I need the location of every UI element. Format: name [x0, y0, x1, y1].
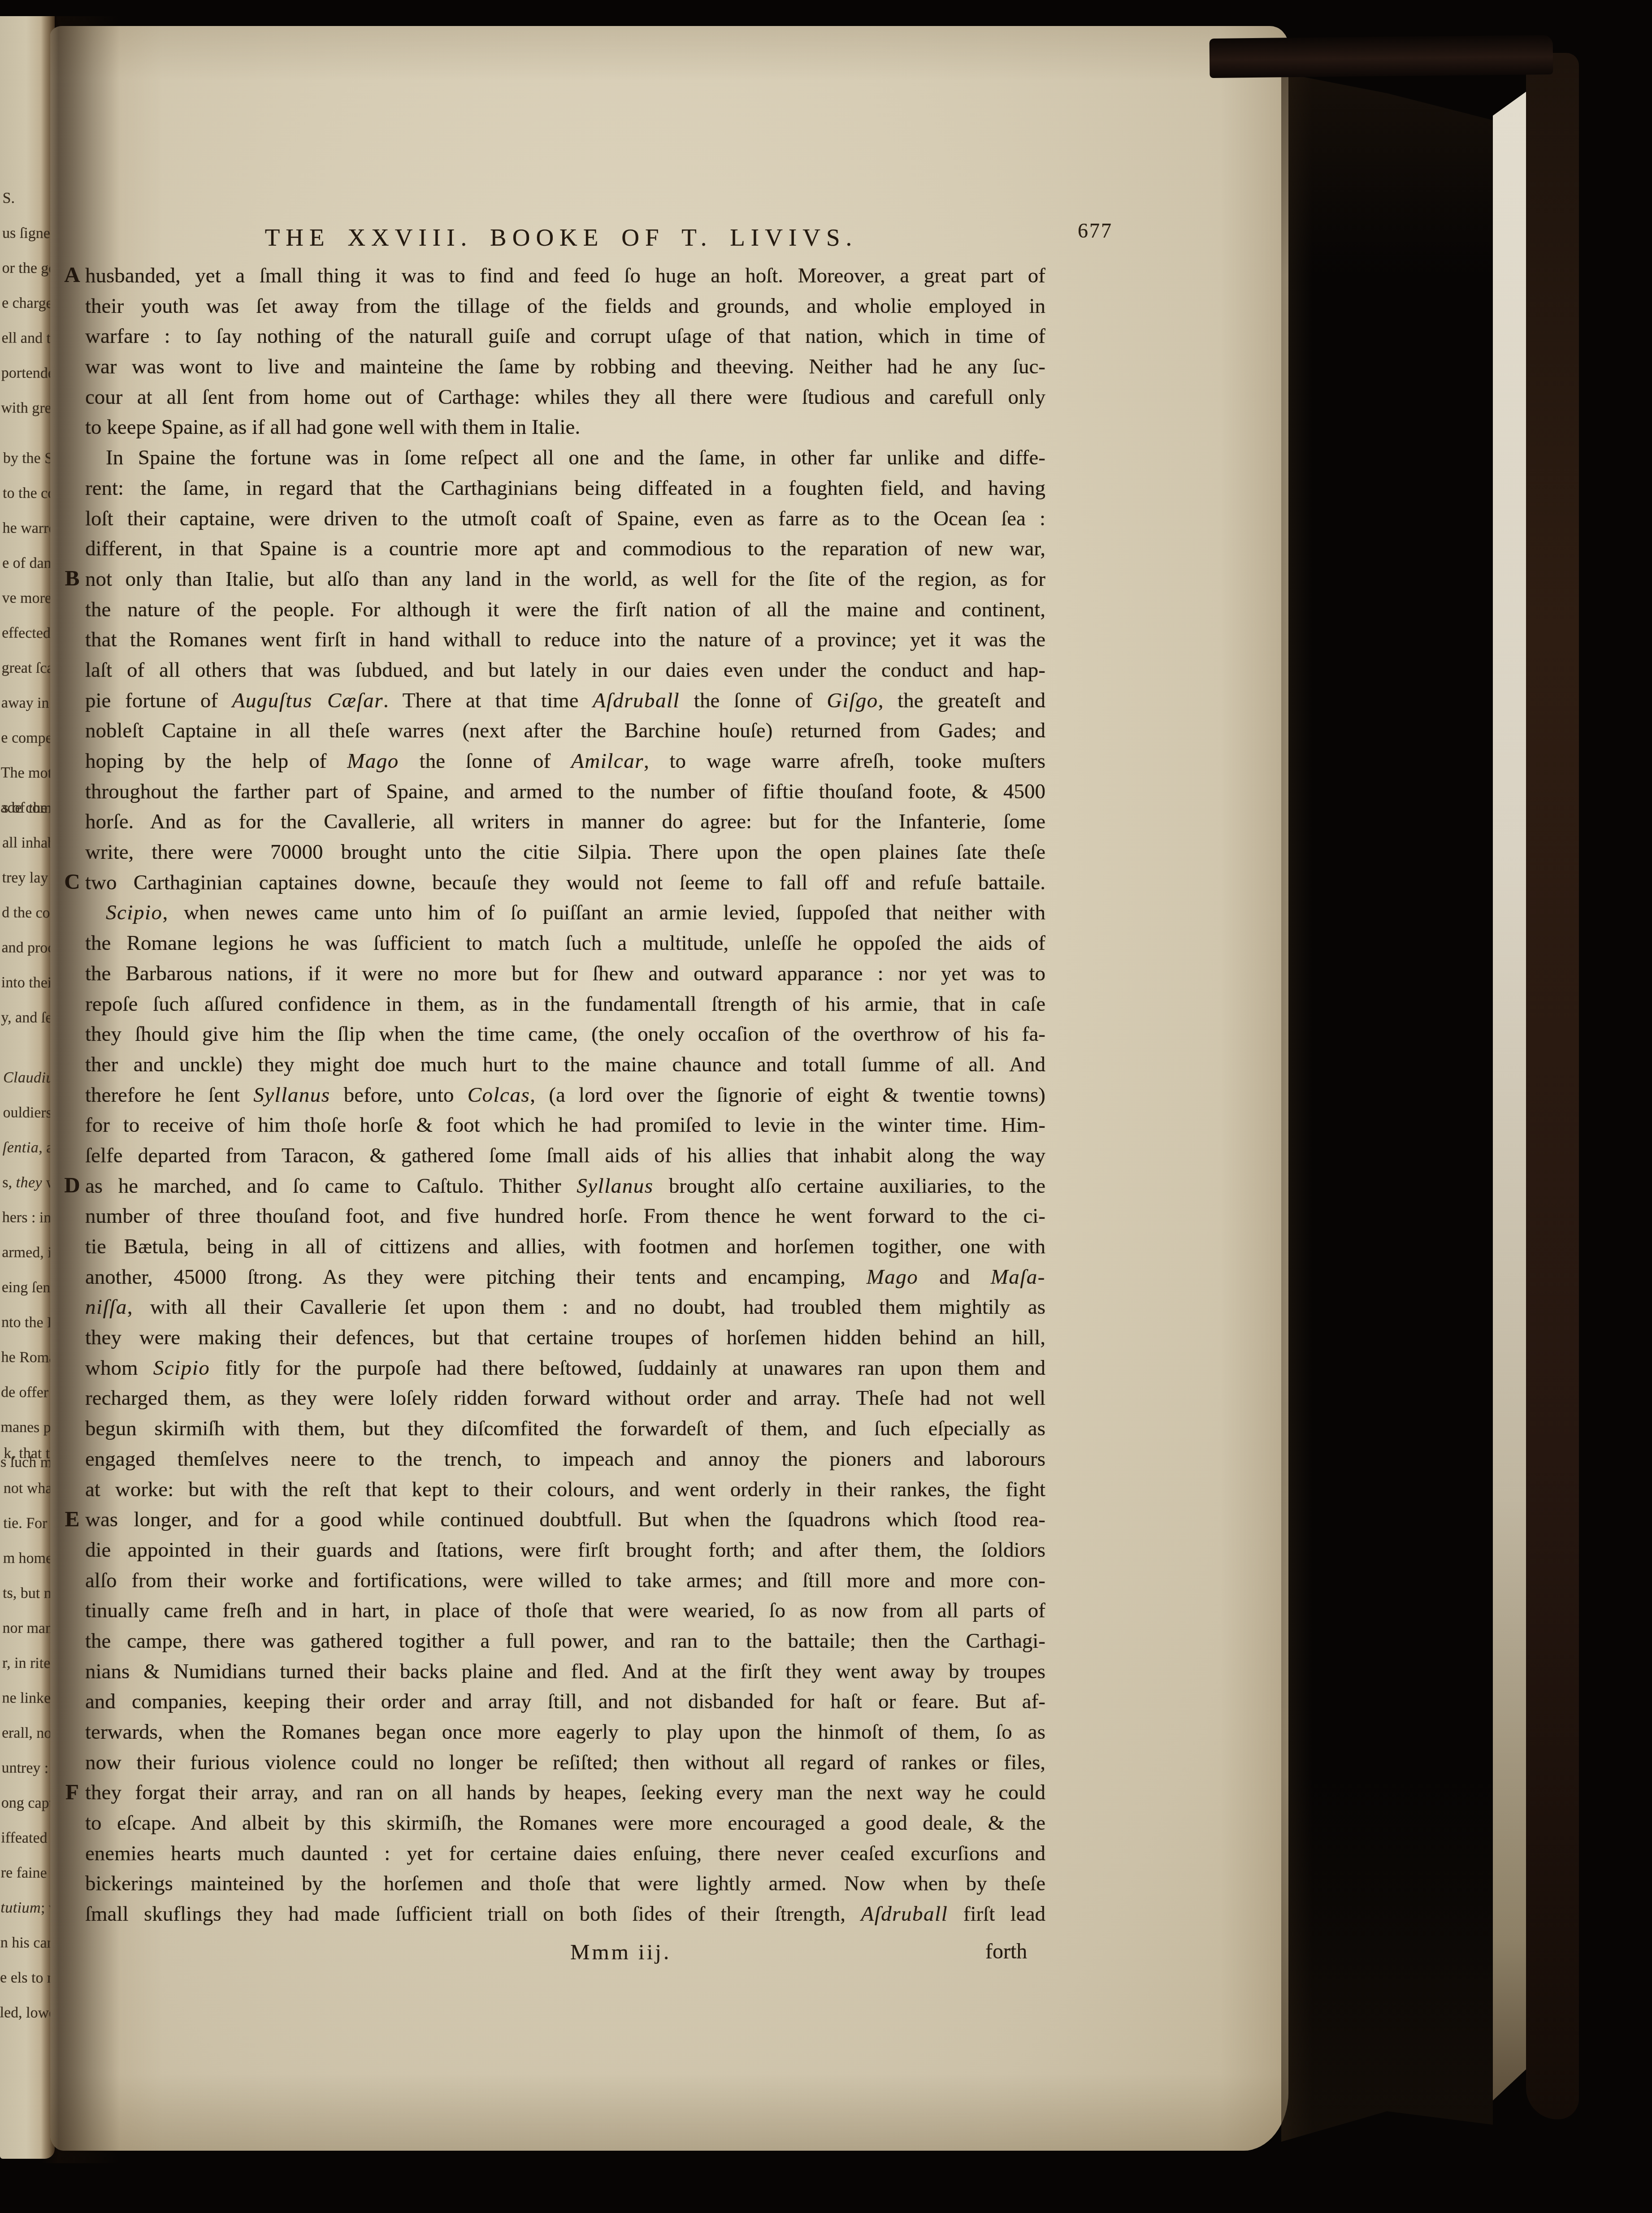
- text-line: their youth was ſet away from the tillag…: [85, 291, 1045, 322]
- text-line: the Barbarous nations, if it were no mor…: [85, 959, 1045, 989]
- text-line: throughout the farther part of Spaine, a…: [85, 777, 1045, 807]
- facing-page-fragment: armed, in: [2, 1235, 55, 1270]
- text-line: the nature of the people. For although i…: [85, 595, 1045, 625]
- facing-page-fragment: by the Senat: [3, 441, 55, 476]
- page-content: THE XXVIII. BOOKE OF T. LIVIVS. 677 husb…: [50, 26, 1288, 2151]
- text-line: ſmall skuflings they had made ſufficient…: [85, 1899, 1045, 1930]
- text-line: tie Bætula, being in all of cittizens an…: [85, 1232, 1045, 1262]
- facing-page-fragment: e compelled: [1, 720, 55, 756]
- text-line: In Spaine the fortune was in ſome reſpec…: [85, 443, 1045, 473]
- book-page: THE XXVIII. BOOKE OF T. LIVIVS. 677 husb…: [50, 26, 1288, 2151]
- facing-page-fragments-1: S.us ſignes, eitheror the going oe charg…: [1, 181, 55, 426]
- text-line: two Carthaginian captaines downe, becauſ…: [85, 868, 1045, 898]
- facing-page-fragment: and procla: [1, 930, 55, 966]
- facing-page-fragment: ne linke &: [2, 1680, 55, 1716]
- text-line: enemies hearts much daunted : yet for ce…: [85, 1839, 1045, 1869]
- text-line: another, 45000 ſtrong. As they were pitc…: [85, 1262, 1045, 1293]
- text-line: different, in that Spaine is a countrie …: [85, 534, 1045, 564]
- text-line: was longer, and for a good while continu…: [85, 1505, 1045, 1535]
- text-line: that the Romanes went firſt in hand with…: [85, 625, 1045, 655]
- facing-page-sliver: S.us ſignes, eitheror the going oe charg…: [0, 16, 55, 2159]
- book-fore-edge: [1281, 67, 1493, 2149]
- facing-page-fragment: or the going o: [2, 251, 55, 286]
- text-line: recharged them, as they were loſely ridd…: [85, 1383, 1045, 1414]
- text-line: alſo from their worke and fortifications…: [85, 1566, 1045, 1596]
- text-line: write, there were 70000 brought unto the…: [85, 837, 1045, 868]
- facing-page-fragment: eing ſent b: [1, 1270, 55, 1305]
- facing-page-fragment: de offer of: [1, 1375, 55, 1410]
- facing-page-fragment: untrey : for: [1, 1750, 55, 1786]
- facing-page-fragment: all inhabitan: [2, 825, 55, 861]
- text-line: laſt of all others that was ſubdued, and…: [85, 655, 1045, 686]
- facing-page-fragment: into their co: [1, 965, 55, 1000]
- text-line: rent: the ſame, in regard that the Carth…: [85, 473, 1045, 504]
- facing-page-fragment: trey lay waſt: [2, 860, 55, 896]
- text-line: terwards, when the Romanes began once mo…: [85, 1717, 1045, 1748]
- facing-page-fragment: nto the Lu: [1, 1305, 55, 1340]
- text-line: bickerings mainteined by the horſemen an…: [85, 1869, 1045, 1899]
- facing-page-fragment: ong captain: [1, 1785, 55, 1821]
- text-line: warfare : to ſay nothing of the naturall…: [85, 321, 1045, 352]
- text-line: to keepe Spaine, as if all had gone well…: [85, 412, 1045, 443]
- text-line: loſt their captaine, were driven to the …: [85, 504, 1045, 534]
- running-header: THE XXVIII. BOOKE OF T. LIVIVS.: [203, 223, 920, 251]
- facing-page-fragment: to the countr: [3, 476, 55, 511]
- facing-page-fragment: m home, in: [3, 1541, 55, 1576]
- facing-page-fragment: y, and ſet fo: [1, 1000, 55, 1035]
- facing-page-fragment: re faine to: [1, 1855, 55, 1891]
- facing-page-fragment: ve more car: [2, 580, 55, 616]
- text-line: hoping by the help of Mago the ſonne of …: [85, 746, 1045, 777]
- text-line: horſe. And as for the Cavallerie, all wr…: [85, 807, 1045, 837]
- facing-page-fragment: e of danger: [2, 546, 55, 581]
- margin-letter-d: D: [58, 1172, 86, 1198]
- margin-letter-b: B: [58, 565, 86, 591]
- text-line: they forgat their array, and ran on all …: [85, 1778, 1045, 1808]
- text-line: now their furious violence could no long…: [85, 1748, 1045, 1778]
- facing-page-fragment: with greater ſa: [1, 390, 55, 426]
- text-line: the campe, there was gathered togither a…: [85, 1626, 1045, 1657]
- text-line: whom Scipio fitly for the purpoſe had th…: [85, 1353, 1045, 1384]
- text-line: ther and unckle) they might doe much hur…: [85, 1050, 1045, 1080]
- facing-page-fragment: e charge that: [2, 286, 55, 321]
- facing-page-fragment: Claudius the: [3, 1060, 55, 1096]
- margin-letter-a: A: [58, 262, 86, 287]
- facing-page-fragment: tie. For why: [3, 1506, 55, 1541]
- facing-page-fragment: k, that the: [4, 1436, 55, 1471]
- margin-letter-c: C: [58, 869, 86, 894]
- text-line: for to receive of him thoſe horſe & foot…: [85, 1110, 1045, 1141]
- text-line: nobleſt Captaine in all theſe warres (ne…: [85, 716, 1045, 746]
- facing-page-fragment: great ſcarcit: [1, 650, 55, 686]
- facing-page-fragments-3: s of the Gaall inhabitantrey lay waſtd t…: [1, 790, 55, 1035]
- facing-page-fragment: ſentia, and: [3, 1130, 55, 1165]
- facing-page-fragment: us ſignes, either: [2, 216, 55, 251]
- text-line: to eſcape. And albeit by this skirmiſh, …: [85, 1808, 1045, 1839]
- facing-page-fragment: effected by t: [2, 615, 55, 651]
- facing-page-fragment: r, in rites, in: [2, 1646, 55, 1681]
- text-line: at worke: but with the reſt that kept to…: [85, 1475, 1045, 1505]
- facing-page-fragment: n his camp: [0, 1925, 55, 1961]
- margin-letter-e: E: [58, 1506, 86, 1532]
- facing-page-fragment: S.: [2, 181, 55, 216]
- text-line: cour at all ſent from home out of Cartha…: [85, 382, 1045, 413]
- facing-page-fragment: hers : in ſo: [2, 1200, 55, 1235]
- facing-page-fragment: he warre was: [2, 511, 55, 546]
- catchword: forth: [985, 1939, 1027, 1964]
- text-line: engaged themſelves neere to the trench, …: [85, 1444, 1045, 1475]
- facing-page-fragment: not what to: [4, 1471, 55, 1506]
- facing-page-fragments-2: by the Senatto the countrhe warre wase o…: [0, 441, 55, 826]
- text-line: nians & Numidians turned their backs pla…: [85, 1657, 1045, 1687]
- text-line: husbanded, yet a ſmall thing it was to f…: [85, 261, 1045, 291]
- facing-page-fragment: ouldiers wh: [3, 1095, 55, 1130]
- text-line: repoſe ſuch aſſured confidence in them, …: [85, 989, 1045, 1020]
- text-line: tinually came freſh and in hart, in plac…: [85, 1596, 1045, 1626]
- text-line: begun skirmiſh with them, but they diſco…: [85, 1414, 1045, 1444]
- facing-page-fragment: away in boo: [1, 685, 55, 721]
- text-line: therefore he ſent Syllanus before, unto …: [85, 1080, 1045, 1111]
- text-line: not only than Italie, but alſo than any …: [85, 564, 1045, 595]
- text-line: as he marched, and ſo came to Caſtulo. T…: [85, 1171, 1045, 1202]
- text-line: they ſhould give him the ſlip when the t…: [85, 1019, 1045, 1050]
- facing-page-fragments-4: Claudius theouldiers whſentia, ands, the…: [0, 1060, 55, 1480]
- facing-page-fragments-5: k, that thenot what totie. For whym home…: [0, 1436, 55, 2031]
- margin-letter-f: F: [58, 1779, 86, 1805]
- facing-page-fragment: e els to ma: [0, 1960, 55, 1996]
- facing-page-fragment: nor manne: [2, 1611, 55, 1646]
- facing-page-fragment: d the coloni: [2, 895, 55, 931]
- signature-mark: Mmm iij.: [570, 1939, 671, 1965]
- text-line: the Romane legions he was ſufficient to …: [85, 928, 1045, 959]
- facing-page-fragment: ell and throu: [1, 320, 55, 356]
- facing-page-fragment: s, they wer: [2, 1165, 55, 1200]
- facing-page-fragment: tutium; who: [0, 1890, 55, 1926]
- book-photo: { "book_page": { "running_header": "THE …: [0, 0, 1652, 2213]
- page-number: 677: [1078, 219, 1113, 243]
- text-line: ſelfe departed from Taracon, & gathered …: [85, 1141, 1045, 1171]
- facing-page-fragment: s of the Ga: [2, 790, 55, 826]
- text-line: war was wont to live and mainteine the ſ…: [85, 352, 1045, 382]
- text-line: pie fortune of Auguſtus Cæſar. There at …: [85, 686, 1045, 716]
- leather-cover-edge: [1526, 53, 1579, 2119]
- text-line: niſſa, with all their Cavallerie ſet upo…: [85, 1292, 1045, 1323]
- facing-page-fragment: iffeated and: [1, 1820, 55, 1856]
- text-line: number of three thouſand foot, and five …: [85, 1201, 1045, 1232]
- text-line: die appointed in their guards and ſtatio…: [85, 1535, 1045, 1566]
- text-line: Scipio, when newes came unto him of ſo p…: [85, 898, 1045, 928]
- facing-page-fragment: led, lowed, a: [0, 1995, 55, 2031]
- facing-page-fragment: portended no: [1, 355, 55, 391]
- text-block: husbanded, yet a ſmall thing it was to f…: [85, 261, 1045, 1930]
- facing-page-fragment: The motion: [1, 755, 55, 791]
- text-line: and companies, keeping their order and a…: [85, 1687, 1045, 1717]
- facing-page-fragment: erall, notwi: [2, 1715, 55, 1751]
- facing-page-fragment: he Roman: [1, 1340, 55, 1375]
- facing-page-fragment: ts, but mingl: [3, 1576, 55, 1611]
- text-line: they were making their defences, but tha…: [85, 1323, 1045, 1353]
- leather-cover-top-band: [1210, 35, 1553, 78]
